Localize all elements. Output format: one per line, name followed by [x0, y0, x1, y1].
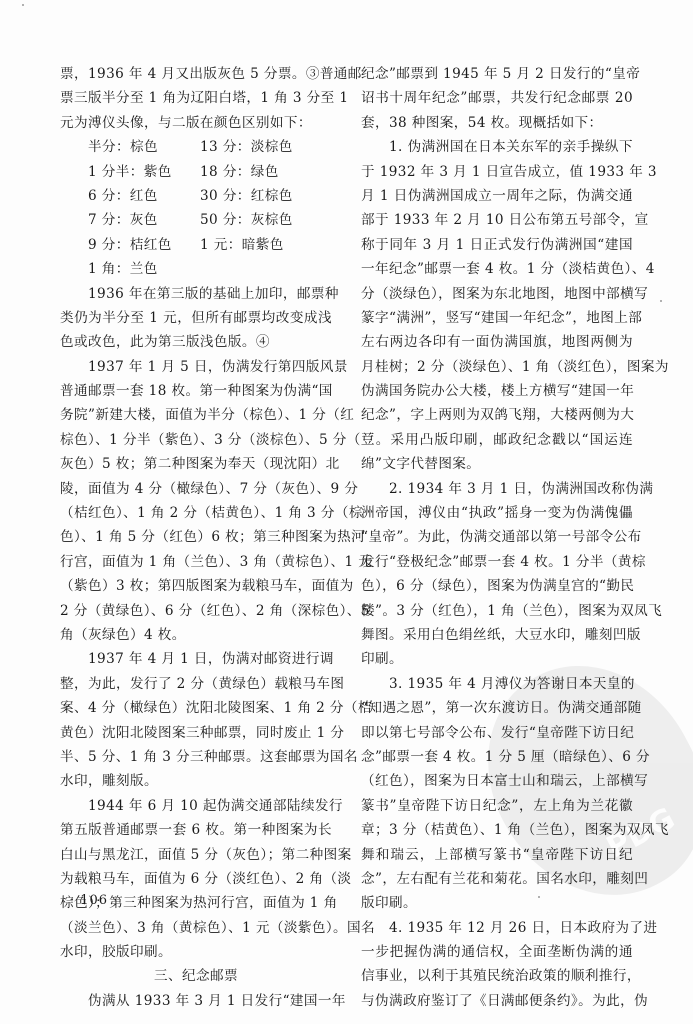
text-line: 务院”新建大楼，面值为半分（棕色）、1 分（红: [60, 403, 332, 427]
color-table-left-cell: 9 分：桔红色: [88, 233, 200, 257]
text-line: 念”邮票一套 4 枚。1 分 5 厘（暗绿色）、6 分: [361, 745, 633, 769]
text-line: 1944 年 6 月 10 起伪满交通部陆续发行: [60, 794, 332, 818]
text-line: 元为溥仪头像，与二版在颜色区别如下：: [60, 111, 332, 135]
text-line: 2 分（黄绿色）、6 分（红色）、2 角（深棕色）、5: [60, 599, 332, 623]
text-line: 念”，左右配有兰花和菊花。国名水印，雕刻凹: [361, 867, 633, 891]
text-line: “皇帝”。为此，伪满交通部以第一号部令公布: [361, 525, 633, 549]
text-line: 一步把握伪满的通信权，全面垄断伪满的通: [361, 940, 633, 964]
text-line: 半、5 分、1 角 3 分三种邮票。这套邮票为国名: [60, 745, 332, 769]
color-table-row: 7 分：灰色50 分：灰棕色: [60, 208, 332, 232]
text-line: 角（灰绿色）4 枚。: [60, 623, 332, 647]
text-line: 诏书十周年纪念”邮票，共发行纪念邮票 20: [361, 86, 633, 110]
text-line: 2. 1934 年 3 月 1 日，伪满洲国改称伪满: [361, 477, 633, 501]
color-table-left-cell: 1 分半：紫色: [88, 160, 200, 184]
color-table-left-cell: 7 分：灰色: [88, 208, 200, 232]
scan-speck: [660, 300, 662, 302]
text-line: 洲帝国，溥仪由“执政”摇身一变为伪满傀儡: [361, 501, 633, 525]
text-line: 版印刷。: [361, 891, 633, 915]
text-line: “知遇之恩”，第一次东渡访日。伪满交通部随: [361, 696, 633, 720]
text-line: 色）、1 角 5 分（红色）6 枚；第三种图案为热河: [60, 525, 332, 549]
color-table-left-cell: 1 角：兰色: [88, 257, 200, 281]
text-line: 行宫，面值为 1 角（兰色）、3 角（黄棕色）、1 元: [60, 550, 332, 574]
color-table-left-cell: 6 分：红色: [88, 184, 200, 208]
text-line: 整，为此，发行了 2 分（黄绿色）载粮马车图: [60, 672, 332, 696]
text-line: 伪满从 1933 年 3 月 1 日发行“建国一年: [60, 989, 332, 1013]
text-line: 豆。采用凸版印刷，邮政纪念戳以“国运连: [361, 428, 633, 452]
text-line: 与伪满政府鉴订了《日满邮便条约》。为此，伪: [361, 989, 633, 1013]
text-line: 黄色）沈阳北陵图案三种邮票，同时废止 1 分: [60, 721, 332, 745]
text-line: 1937 年 1 月 5 日，伪满发行第四版风景: [60, 355, 332, 379]
color-table-left-cell: 半分：棕色: [88, 135, 200, 159]
text-line: 部于 1933 年 2 月 10 日公布第五号部令，宣: [361, 208, 633, 232]
text-line: （紫色）3 枚；第四版图案为载粮马车，面值为: [60, 574, 332, 598]
text-line: 伪满国务院办公大楼，楼上方横写“建国一年: [361, 379, 633, 403]
color-table-row: 6 分：红色30 分：红棕色: [60, 184, 332, 208]
color-table-row: 1 角：兰色: [60, 257, 332, 281]
text-line: 篆字“满洲”，竖写“建国一年纪念”，地图上部: [361, 306, 633, 330]
text-line: 1937 年 4 月 1 日，伪满对邮资进行调: [60, 647, 332, 671]
text-line: 印刷。: [361, 647, 633, 671]
text-line: 为载粮马车，面值为 6 分（淡红色）、2 角（淡: [60, 867, 332, 891]
text-line: 纪念”，字上两则为双鸽飞翔，大楼两侧为大: [361, 403, 633, 427]
text-line: （桔红色）、1 角 2 分（桔黄色）、1 角 3 分（棕: [60, 501, 332, 525]
color-table-row: 1 分半：紫色18 分：绿色: [60, 160, 332, 184]
text-line: 分（淡绿色），图案为东北地图，地图中部横写: [361, 282, 633, 306]
text-line: 绵”文字代替图案。: [361, 452, 633, 476]
text-line: 章；3 分（桔黄色）、1 角（兰色），图案为双凤飞: [361, 818, 633, 842]
text-line: 月桂树；2 分（淡绿色）、1 角（淡红色），图案为: [361, 355, 633, 379]
text-line: 水印，胶版印刷。: [60, 940, 332, 964]
text-line: 类仍为半分至 1 元，但所有邮票均改变成浅: [60, 306, 332, 330]
text-line: 案、4 分（橄绿色）沈阳北陵图案、1 角 2 分（桔: [60, 696, 332, 720]
color-table-row: 半分：棕色13 分：淡棕色: [60, 135, 332, 159]
text-line: 楼”。3 分（红色），1 角（兰色），图案为双凤飞: [361, 599, 633, 623]
right-column: 纪念”邮票到 1945 年 5 月 2 日发行的“皇帝诏书十周年纪念”邮票，共发…: [361, 62, 633, 1013]
color-table-right-cell: 13 分：淡棕色: [200, 135, 293, 159]
text-line: 色），6 分（绿色），图案为伪满皇宫的“勤民: [361, 574, 633, 598]
text-line: 棕色）、1 分半（紫色）、3 分（淡棕色）、5 分（兰: [60, 428, 332, 452]
text-line: 套，38 种图案，54 枚。现概括如下：: [361, 111, 633, 135]
color-table-right-cell: 30 分：红棕色: [200, 184, 293, 208]
text-line: 第五版普通邮票一套 6 枚。第一种图案为长: [60, 818, 332, 842]
section-heading: 三、纪念邮票: [60, 964, 332, 988]
color-table-row: 9 分：桔红色1 元：暗紫色: [60, 233, 332, 257]
text-line: 灰色）5 枚；第二种图案为奉天（现沈阳）北: [60, 452, 332, 476]
left-column: 票，1936 年 4 月又出版灰色 5 分票。③普通邮票三版半分至 1 角为辽阳…: [60, 62, 332, 1013]
color-table-right-cell: 50 分：灰棕色: [200, 208, 293, 232]
text-line: （红色），图案为日本富士山和瑞云，上部横写: [361, 769, 633, 793]
page-number: · 106 ·: [70, 893, 118, 908]
text-line: 票，1936 年 4 月又出版灰色 5 分票。③普通邮: [60, 62, 332, 86]
text-line: 发行“登极纪念”邮票一套 4 枚。1 分半（黄棕: [361, 550, 633, 574]
scan-speck: [22, 4, 24, 6]
text-line: 1936 年在第三版的基础上加印，邮票种: [60, 282, 332, 306]
text-line: 纪念”邮票到 1945 年 5 月 2 日发行的“皇帝: [361, 62, 633, 86]
text-line: 陵，面值为 4 分（橄绿色）、7 分（灰色）、9 分: [60, 477, 332, 501]
text-line: 信事业，以利于其殖民统治政策的顺利推行，: [361, 964, 633, 988]
text-line: 左右两边各印有一面伪满国旗，地图两侧为: [361, 330, 633, 354]
color-table-right-cell: 18 分：绿色: [200, 160, 279, 184]
color-table-right-cell: 1 元：暗紫色: [200, 233, 284, 257]
scanned-book-page: PDG 票，1936 年 4 月又出版灰色 5 分票。③普通邮票三版半分至 1 …: [0, 0, 693, 1024]
text-line: 舞图。采用白色绢丝纸，大豆水印，雕刻凹版: [361, 623, 633, 647]
text-line: 月 1 日伪满洲国成立一周年之际，伪满交通: [361, 184, 633, 208]
text-line: 舞和瑞云，上部横写篆书“皇帝陛下访日纪: [361, 843, 633, 867]
text-line: 篆书”皇帝陛下访日纪念”，左上角为兰花徽: [361, 794, 633, 818]
text-line: 白山与黑龙江，面值 5 分（灰色）；第二种图案: [60, 843, 332, 867]
text-line: 4. 1935 年 12 月 26 日，日本政府为了进: [361, 916, 633, 940]
text-line: 1. 伪满洲国在日本关东军的亲手操纵下: [361, 135, 633, 159]
text-line: 于 1932 年 3 月 1 日宣告成立，值 1933 年 3: [361, 160, 633, 184]
text-line: 票三版半分至 1 角为辽阳白塔，1 角 3 分至 1: [60, 86, 332, 110]
text-line: 3. 1935 年 4 月溥仪为答谢日本天皇的: [361, 672, 633, 696]
text-line: 即以第七号部令公布、发行“皇帝陛下访日纪: [361, 721, 633, 745]
text-line: 水印，雕刻版。: [60, 769, 332, 793]
text-line: 普通邮票一套 18 枚。第一种图案为伪满“国: [60, 379, 332, 403]
text-line: 色或改色，此为第三版浅色版。④: [60, 330, 332, 354]
scan-speck: [538, 896, 540, 898]
text-line: 称于同年 3 月 1 日正式发行伪满洲国“建国: [361, 233, 633, 257]
text-line: （淡兰色）、3 角（黄棕色）、1 元（淡紫色）。国名: [60, 916, 332, 940]
text-line: 一年纪念”邮票一套 4 枚。1 分（淡桔黄色）、4: [361, 257, 633, 281]
